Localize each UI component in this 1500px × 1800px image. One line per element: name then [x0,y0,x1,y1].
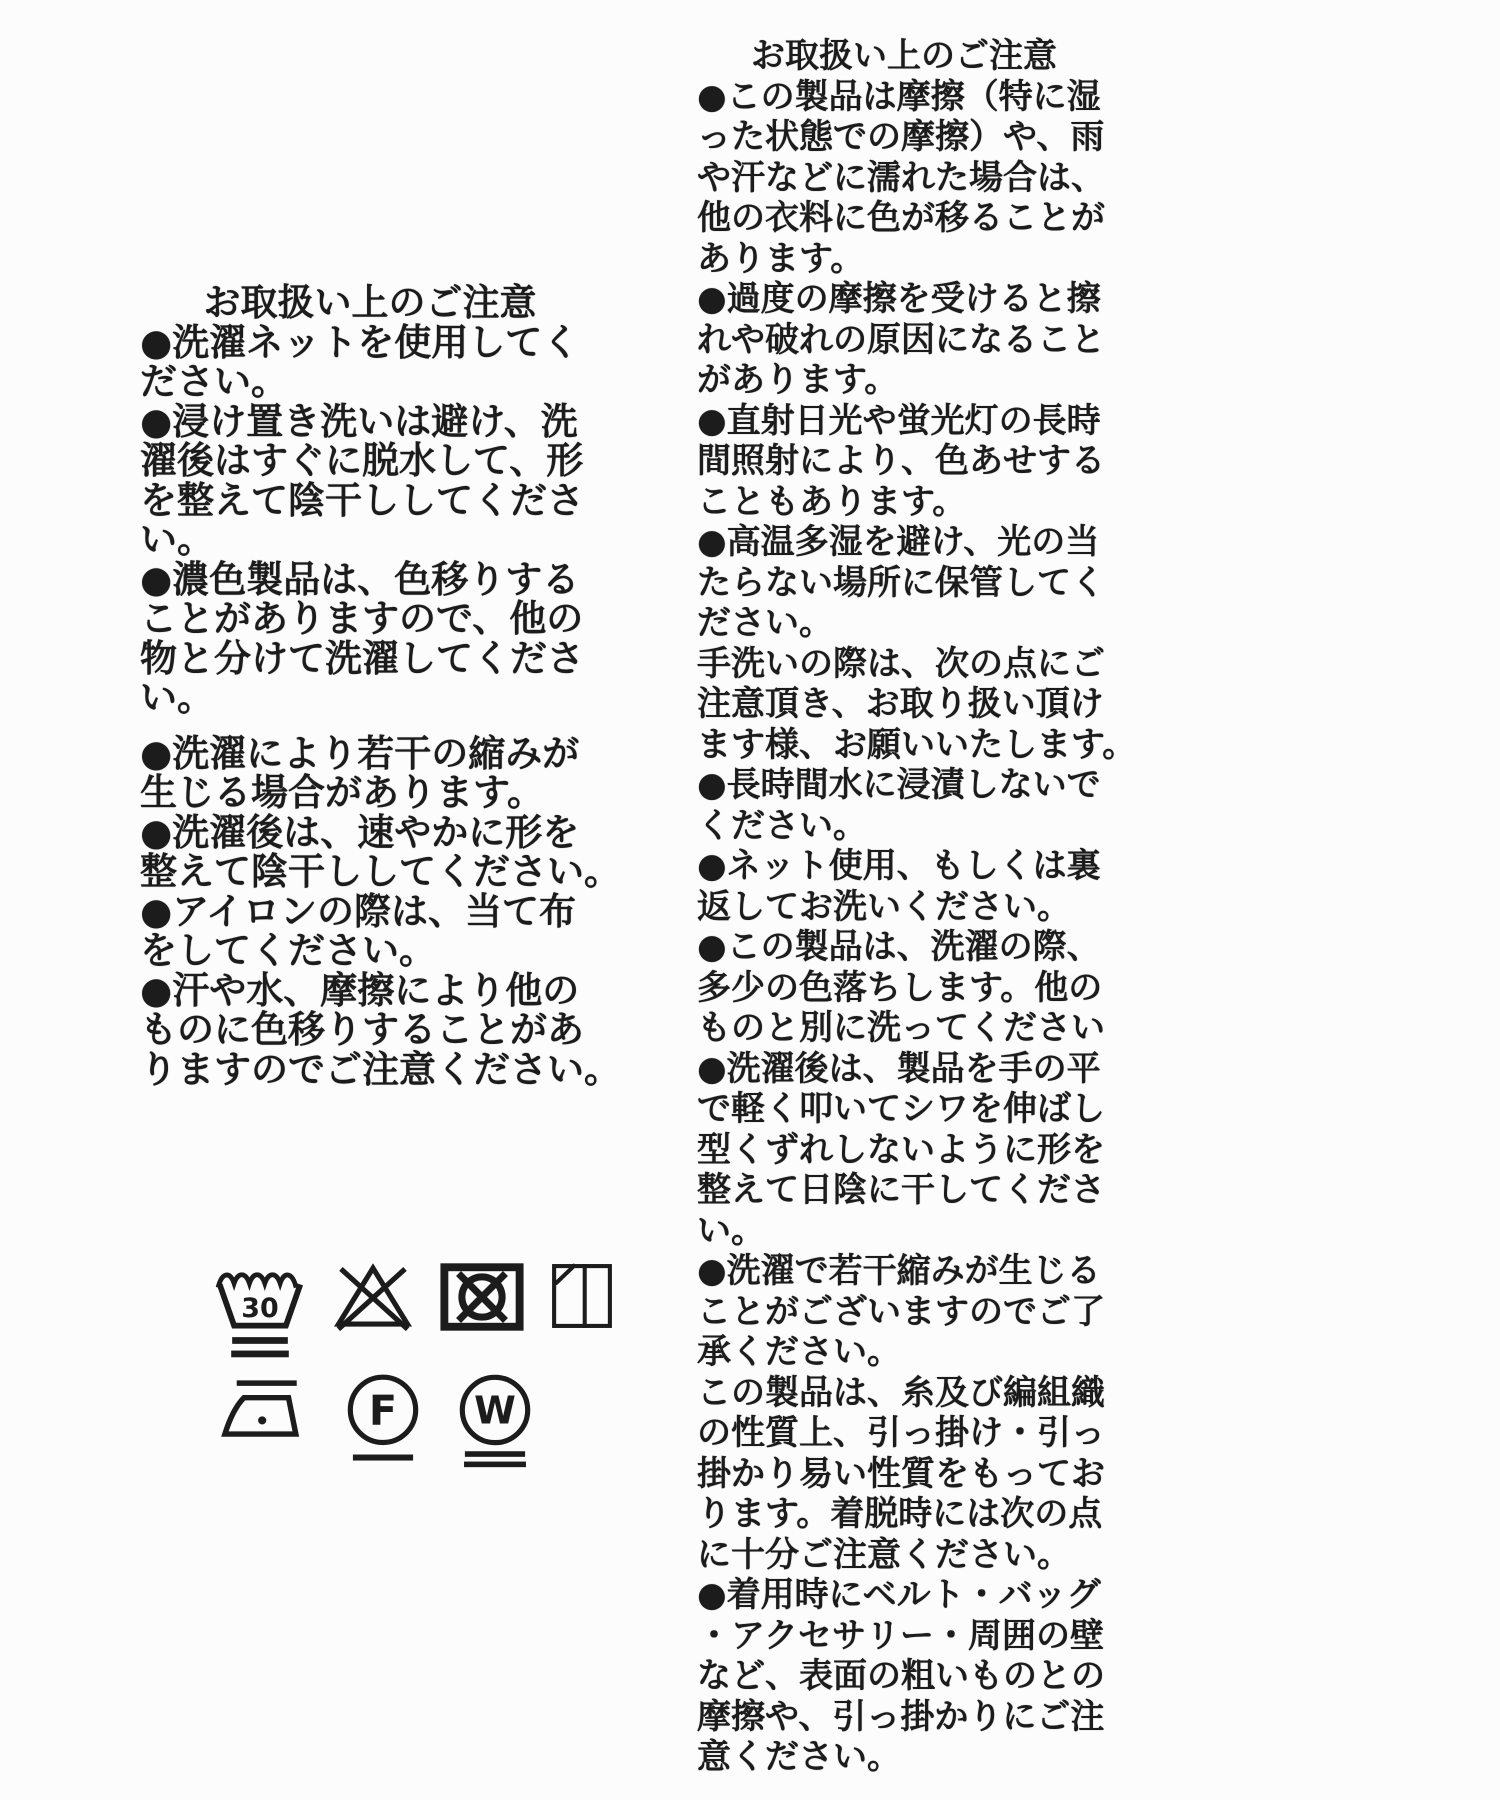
machine-wash-30-very-mild-icon: 30 [212,1262,308,1370]
text-line: 間照射により、色あせする [697,441,1111,482]
text-line: 他の衣料に色が移ることが [697,198,1111,239]
text-line: れや破れの原因になること [697,320,1111,361]
text-line: ●直射日光や蛍光灯の長時 [697,401,1111,442]
text-line: 物と分けて洗濯してくださ [140,639,600,679]
left-column-title: お取扱い上のご注意 [140,283,600,323]
text-line: ださい。 [697,603,1111,644]
do-not-tumble-dry-icon [438,1262,526,1332]
text-line: 型くずれしないように形を [697,1130,1111,1171]
care-label-page: お取扱い上のご注意 ●洗濯ネットを使用してください。●浸け置き洗いは避け、洗濯後… [0,0,1500,1800]
text-line: ●長時間水に浸漬しないで [697,765,1111,806]
text-line: あります。 [697,239,1111,280]
text-line: で軽く叩いてシワを伸ばし [697,1089,1111,1130]
right-column-title: お取扱い上のご注意 [697,36,1111,77]
text-line: ・アクセサリー・周囲の壁 [697,1616,1111,1657]
text-line: 注意頂き、お取り扱い頂け [697,684,1111,725]
text-line: ●洗濯ネットを使用してく [140,323,600,363]
text-line: 生じる場合があります。 [140,773,600,813]
text-line: い。 [140,678,600,718]
text-line: い。 [697,1211,1111,1252]
text-line: ります。着脱時には次の点 [697,1494,1111,1535]
text-line: ものに色移りすることがあ [140,1010,600,1050]
text-line: ●洗濯後は、速やかに形を [140,813,600,853]
text-line: ●洗濯で若干縮みが生じる [697,1251,1111,1292]
text-line: を整えて陰干ししてくださ [140,481,600,521]
text-line: ●汗や水、摩擦により他の [140,971,600,1011]
text-line: 意ください。 [697,1737,1111,1778]
text-line: こともあります。 [697,482,1111,523]
care-symbols-row-2: F W [214,1372,616,1472]
text-line: ものと別に洗ってください [697,1008,1111,1049]
text-line: 多少の色落ちします。他の [697,968,1111,1009]
right-column-lines: ●この製品は摩擦（特に湿った状態での摩擦）や、雨や汗などに濡れた場合は、他の衣料… [697,77,1111,1778]
text-line: や汗などに濡れた場合は、 [697,158,1111,199]
text-line: たらない場所に保管してく [697,563,1111,604]
text-line: 手洗いの際は、次の点にご [697,644,1111,685]
text-line: に十分ご注意ください。 [697,1535,1111,1576]
text-line: ●着用時にベルト・バッグ [697,1575,1111,1616]
text-line: 濯後はすぐに脱水して、形 [140,441,600,481]
care-symbols-block: 30 [212,1262,616,1472]
text-line: ●この製品は摩擦（特に湿 [697,77,1111,118]
text-line: をしてください。 [140,931,600,971]
text-line: があります。 [697,360,1111,401]
wet-clean-very-gentle-icon: W [452,1372,538,1472]
text-line: ます様、お願いいたします。 [697,725,1111,766]
text-line: ●アイロンの際は、当て布 [140,892,600,932]
text-line: など、表面の粗いものとの [697,1656,1111,1697]
dry-clean-petroleum-solvent-icon: F [340,1372,426,1470]
text-line: った状態での摩擦）や、雨 [697,117,1111,158]
wash-temp-label: 30 [241,1293,278,1324]
text-line: ●過度の摩擦を受けると擦 [697,279,1111,320]
text-line: この製品は、糸及び編組織 [697,1373,1111,1414]
text-line: の性質上、引っ掛け・引っ [697,1413,1111,1454]
text-line: ●この製品は、洗濯の際、 [697,927,1111,968]
text-line: 掛かり易い性質をもってお [697,1454,1111,1495]
line-dry-in-shade-icon [548,1262,616,1330]
iron-low-heat-icon [214,1372,314,1447]
text-line: ●ネット使用、もしくは裏 [697,846,1111,887]
text-line: ●洗濯により若干の縮みが [140,734,600,774]
text-line: 整えて日陰に干してくださ [697,1170,1111,1211]
wet-clean-letter: W [474,1389,516,1433]
text-line: 返してお洗いください。 [697,887,1111,928]
text-line: い。 [140,520,600,560]
text-line: ●濃色製品は、色移りする [140,560,600,600]
left-column-lines: ●洗濯ネットを使用してください。●浸け置き洗いは避け、洗濯後はすぐに脱水して、形… [140,323,600,1090]
dry-clean-letter: F [369,1386,397,1434]
text-line: 整えて陰干ししてください。 [140,852,600,892]
text-line: ください。 [697,806,1111,847]
care-symbols-row-1: 30 [212,1262,616,1370]
text-line: ●浸け置き洗いは避け、洗 [140,402,600,442]
do-not-bleach-icon [330,1262,416,1331]
text-line: りますのでご注意ください。 [140,1050,600,1090]
text-line: ださい。 [140,362,600,402]
text-line: 摩擦や、引っ掛かりにご注 [697,1697,1111,1738]
text-line: ●高温多湿を避け、光の当 [697,522,1111,563]
text-line: ●洗濯後は、製品を手の平 [697,1049,1111,1090]
right-column: お取扱い上のご注意 ●この製品は摩擦（特に湿った状態での摩擦）や、雨や汗などに濡… [697,36,1111,1778]
left-column: お取扱い上のご注意 ●洗濯ネットを使用してください。●浸け置き洗いは避け、洗濯後… [140,283,600,1089]
text-line: ことがございますのでご了 [697,1292,1111,1333]
text-line: ことがありますので、他の [140,599,600,639]
text-line: 承ください。 [697,1332,1111,1373]
